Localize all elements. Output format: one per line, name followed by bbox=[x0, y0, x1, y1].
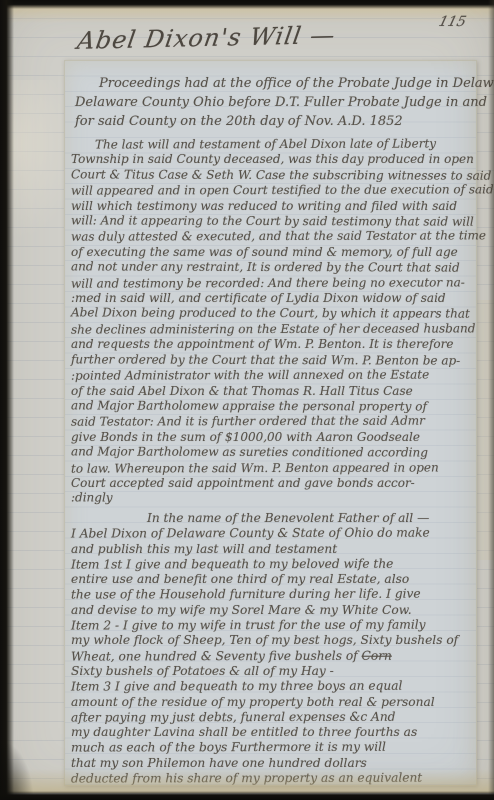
text-line: :med in said will, and certificate of Ly… bbox=[71, 291, 473, 306]
text-line: In the name of the Benevolent Father of … bbox=[147, 511, 473, 526]
text-line: was duly attested & executed, and that t… bbox=[71, 229, 473, 246]
text-line: of executing the same was of sound mind … bbox=[71, 245, 473, 260]
text-line: Item 1st I give and bequeath to my belov… bbox=[71, 556, 473, 572]
scan-page: 115 Abel Dixon's Will — Proceedings had … bbox=[0, 0, 494, 800]
text-line: Sixty bushels of Potatoes & all of my Ha… bbox=[71, 664, 473, 679]
text-line: and publish this my last will and testam… bbox=[71, 542, 473, 557]
text-line: will appeared and in open Court testifie… bbox=[71, 183, 473, 200]
text-line: further ordered by the Court that the sa… bbox=[71, 352, 473, 369]
text-line: much as each of the boys Furthermore it … bbox=[71, 740, 473, 756]
text-line: Abel Dixon being produced to the Court, … bbox=[71, 306, 473, 323]
text-line: for said County on the 20th day of Nov. … bbox=[75, 112, 471, 131]
text-line: deducted from his share of my property a… bbox=[71, 771, 473, 787]
text-line: and requests the appointment of Wm. P. B… bbox=[71, 337, 473, 352]
text-line: I Abel Dixon of Delaware County & State … bbox=[71, 526, 473, 542]
text-line: Delaware County Ohio before D.T. Fuller … bbox=[75, 93, 471, 112]
text-segment: Wheat, one hundred & Seventy five bushel… bbox=[71, 648, 362, 663]
text-line: entire use and benefit one third of my r… bbox=[71, 572, 473, 587]
text-line: and not under any restraint, It is order… bbox=[71, 260, 473, 277]
text-line: after paying my just debts, funeral expe… bbox=[71, 709, 473, 725]
text-line: amount of the residue of my property bot… bbox=[71, 695, 473, 710]
text-line: and Major Bartholomew appraise the perso… bbox=[71, 398, 473, 415]
text-line: will and testimony be recorded: And ther… bbox=[71, 275, 473, 292]
will-text-paragraph: In the name of the Benevolent Father of … bbox=[71, 511, 473, 786]
proceedings-paragraph: Proceedings had at the office of the Pro… bbox=[75, 74, 471, 131]
text-line: Court accepted said appointment and gave… bbox=[71, 476, 473, 491]
text-line: Item 3 I give and bequeath to my three b… bbox=[71, 679, 473, 695]
text-line: and Major Bartholomew as sureties condit… bbox=[71, 444, 473, 461]
text-line: will which testimony was reduced to writ… bbox=[71, 199, 473, 214]
struck-word: Corn bbox=[362, 648, 392, 662]
aged-edge-tint bbox=[0, 5, 494, 23]
text-line: Proceedings had at the office of the Pro… bbox=[75, 74, 471, 93]
text-line-with-strikethrough: Wheat, one hundred & Seventy five bushel… bbox=[71, 648, 473, 664]
text-line: my daughter Lavina shall be entitled to … bbox=[71, 725, 473, 740]
pasted-sheet: Proceedings had at the office of the Pro… bbox=[64, 60, 477, 786]
text-line: Item 2 - I give to my wife in trust for … bbox=[71, 618, 473, 634]
text-line: The last will and testament of Abel Dixo… bbox=[71, 136, 473, 153]
document-title: Abel Dixon's Will — bbox=[75, 21, 337, 55]
text-line: to law. Whereupon the said Wm. P. Benton… bbox=[71, 460, 473, 477]
court-record-paragraph: The last will and testament of Abel Dixo… bbox=[71, 137, 473, 507]
text-line: Court & Titus Case & Seth W. Case the su… bbox=[71, 167, 473, 184]
text-line: :pointed Administrator with the will ann… bbox=[71, 367, 473, 384]
page-number: 115 bbox=[437, 14, 468, 30]
text-line: give Bonds in the sum of $1000,00 with A… bbox=[71, 430, 473, 445]
text-line: she declines administering on the Estate… bbox=[71, 321, 473, 338]
text-line: my whole flock of Sheep, Ten of my best … bbox=[71, 633, 473, 648]
text-line: :dingly bbox=[71, 491, 473, 508]
text-line: and devise to my wife my Sorel Mare & my… bbox=[71, 603, 473, 618]
text-line: Township in said County deceased, was th… bbox=[71, 152, 473, 167]
text-line: that my son Philemon have one hundred do… bbox=[71, 756, 473, 771]
text-line: of the said Abel Dixon & that Thomas R. … bbox=[71, 384, 473, 399]
text-line: said Testator: And it is further ordered… bbox=[71, 414, 473, 431]
text-line: the use of the Household furniture durin… bbox=[71, 587, 473, 603]
